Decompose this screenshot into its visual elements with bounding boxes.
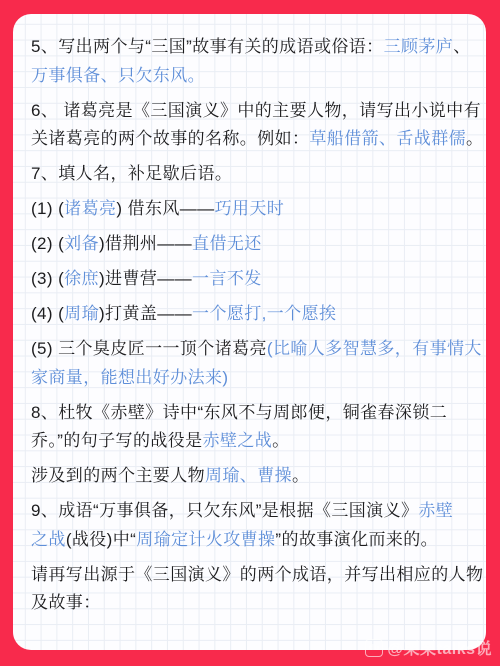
question-text: 5、写出两个与“三国”故事有关的成语或俗语： <box>31 37 384 56</box>
question-text: )打黄盖—— <box>99 304 192 323</box>
text-line: 6、 诸葛亮是《三国演义》中的主要人物，请写出小说中有 <box>31 97 472 126</box>
text-line: 关诸葛亮的两个故事的名称。例如：草船借箭、舌战群儒。 <box>31 125 472 154</box>
text-line: 乔。”的句子写的战役是赤壁之战。 <box>31 427 472 456</box>
text-line: 5、写出两个与“三国”故事有关的成语或俗语：三顾茅庐、 <box>31 33 472 62</box>
question-text: 6、 诸葛亮是《三国演义》中的主要人物，请写出小说中有 <box>31 101 481 120</box>
question-text: 涉及到的两个主要人物 <box>31 466 205 485</box>
text-line: 之战(战役)中“周瑜定计火攻曹操”的故事演化而来的。 <box>31 526 472 555</box>
text-line: 及故事： <box>31 589 472 618</box>
question-text: (5) 三个臭皮匠一一顶个诸葛亮 <box>31 339 267 358</box>
text-line: (3) (徐庶)进曹营——一言不发 <box>31 265 472 294</box>
du-badge-icon: du <box>365 639 383 657</box>
worksheet-card: 5、写出两个与“三国”故事有关的成语或俗语：三顾茅庐、万事俱备、只欠东风。6、 … <box>13 14 486 650</box>
question-text: 及故事： <box>31 593 101 612</box>
answer-text: 家商量，能想出好办法来) <box>31 368 228 387</box>
question-text: 关诸葛亮的两个故事的名称。例如： <box>31 129 309 148</box>
answer-text: 赤壁 <box>418 501 453 520</box>
answer-text: 周瑜 <box>64 304 99 323</box>
question-text: (战役)中“ <box>66 530 136 549</box>
text-line: 7、填人名，补足歇后语。 <box>31 160 472 189</box>
answer-text: 徐庶 <box>64 269 99 288</box>
answer-text: 一个愿打,一个愿挨 <box>192 304 336 323</box>
answer-text: 万事俱备、只欠东风。 <box>31 66 205 85</box>
watermark: du @栗栗talks说 <box>365 636 492 659</box>
answer-text: 直借无还 <box>192 234 262 253</box>
answer-text: 之战 <box>31 530 66 549</box>
question-text: 请再写出源于《三国演义》的两个成语，并写出相应的人物 <box>31 565 483 584</box>
question-text: 、 <box>453 37 470 56</box>
text-line: (1) (诸葛亮) 借东风——巧用天时 <box>31 195 472 224</box>
question-text: 。 <box>466 129 483 148</box>
question-text: (4) ( <box>31 304 64 323</box>
question-text: (1) ( <box>31 199 64 218</box>
text-line: 家商量，能想出好办法来) <box>31 364 472 393</box>
text-line: 涉及到的两个主要人物周瑜、曹操。 <box>31 462 472 491</box>
answer-text: 赤壁之战 <box>203 431 273 450</box>
text-line: (5) 三个臭皮匠一一顶个诸葛亮(比喻人多智慧多，有事情大 <box>31 335 472 364</box>
question-text: )借荆州—— <box>99 234 192 253</box>
text-line: 8、杜牧《赤壁》诗中“东风不与周郎便，铜雀春深锁二 <box>31 399 472 428</box>
worksheet-text: 5、写出两个与“三国”故事有关的成语或俗语：三顾茅庐、万事俱备、只欠东风。6、 … <box>13 14 486 618</box>
text-line: (4) (周瑜)打黄盖——一个愿打,一个愿挨 <box>31 300 472 329</box>
answer-text: 诸葛亮 <box>64 199 116 218</box>
question-text: 8、杜牧《赤壁》诗中“东风不与周郎便，铜雀春深锁二 <box>31 403 447 422</box>
question-text: 。 <box>272 431 289 450</box>
question-text: 乔。”的句子写的战役是 <box>31 431 203 450</box>
question-text: 9、成语“万事俱备，只欠东风”是根据《三国演义》 <box>31 501 418 520</box>
answer-text: 刘备 <box>64 234 99 253</box>
question-text: 。 <box>292 466 309 485</box>
answer-text: 一言不发 <box>192 269 262 288</box>
question-text: ”的故事演化而来的。 <box>275 530 438 549</box>
answer-text: 草船借箭、舌战群儒 <box>309 129 466 148</box>
text-line: (2) (刘备)借荆州——直借无还 <box>31 230 472 259</box>
answer-text: (比喻人多智慧多，有事情大 <box>267 339 482 358</box>
question-text: )进曹营—— <box>99 269 192 288</box>
text-line: 万事俱备、只欠东风。 <box>31 62 472 91</box>
text-line: 请再写出源于《三国演义》的两个成语，并写出相应的人物 <box>31 561 472 590</box>
answer-text: 巧用天时 <box>215 199 285 218</box>
text-line: 9、成语“万事俱备，只欠东风”是根据《三国演义》赤壁 <box>31 497 472 526</box>
answer-text: 周瑜、曹操 <box>205 466 292 485</box>
answer-text: 三顾茅庐 <box>384 37 454 56</box>
question-text: 7、填人名，补足歇后语。 <box>31 164 232 183</box>
answer-text: 周瑜定计火攻曹操 <box>136 530 275 549</box>
question-text: (3) ( <box>31 269 64 288</box>
watermark-handle: @栗栗talks说 <box>387 636 492 659</box>
question-text: ) 借东风—— <box>116 199 214 218</box>
question-text: (2) ( <box>31 234 64 253</box>
